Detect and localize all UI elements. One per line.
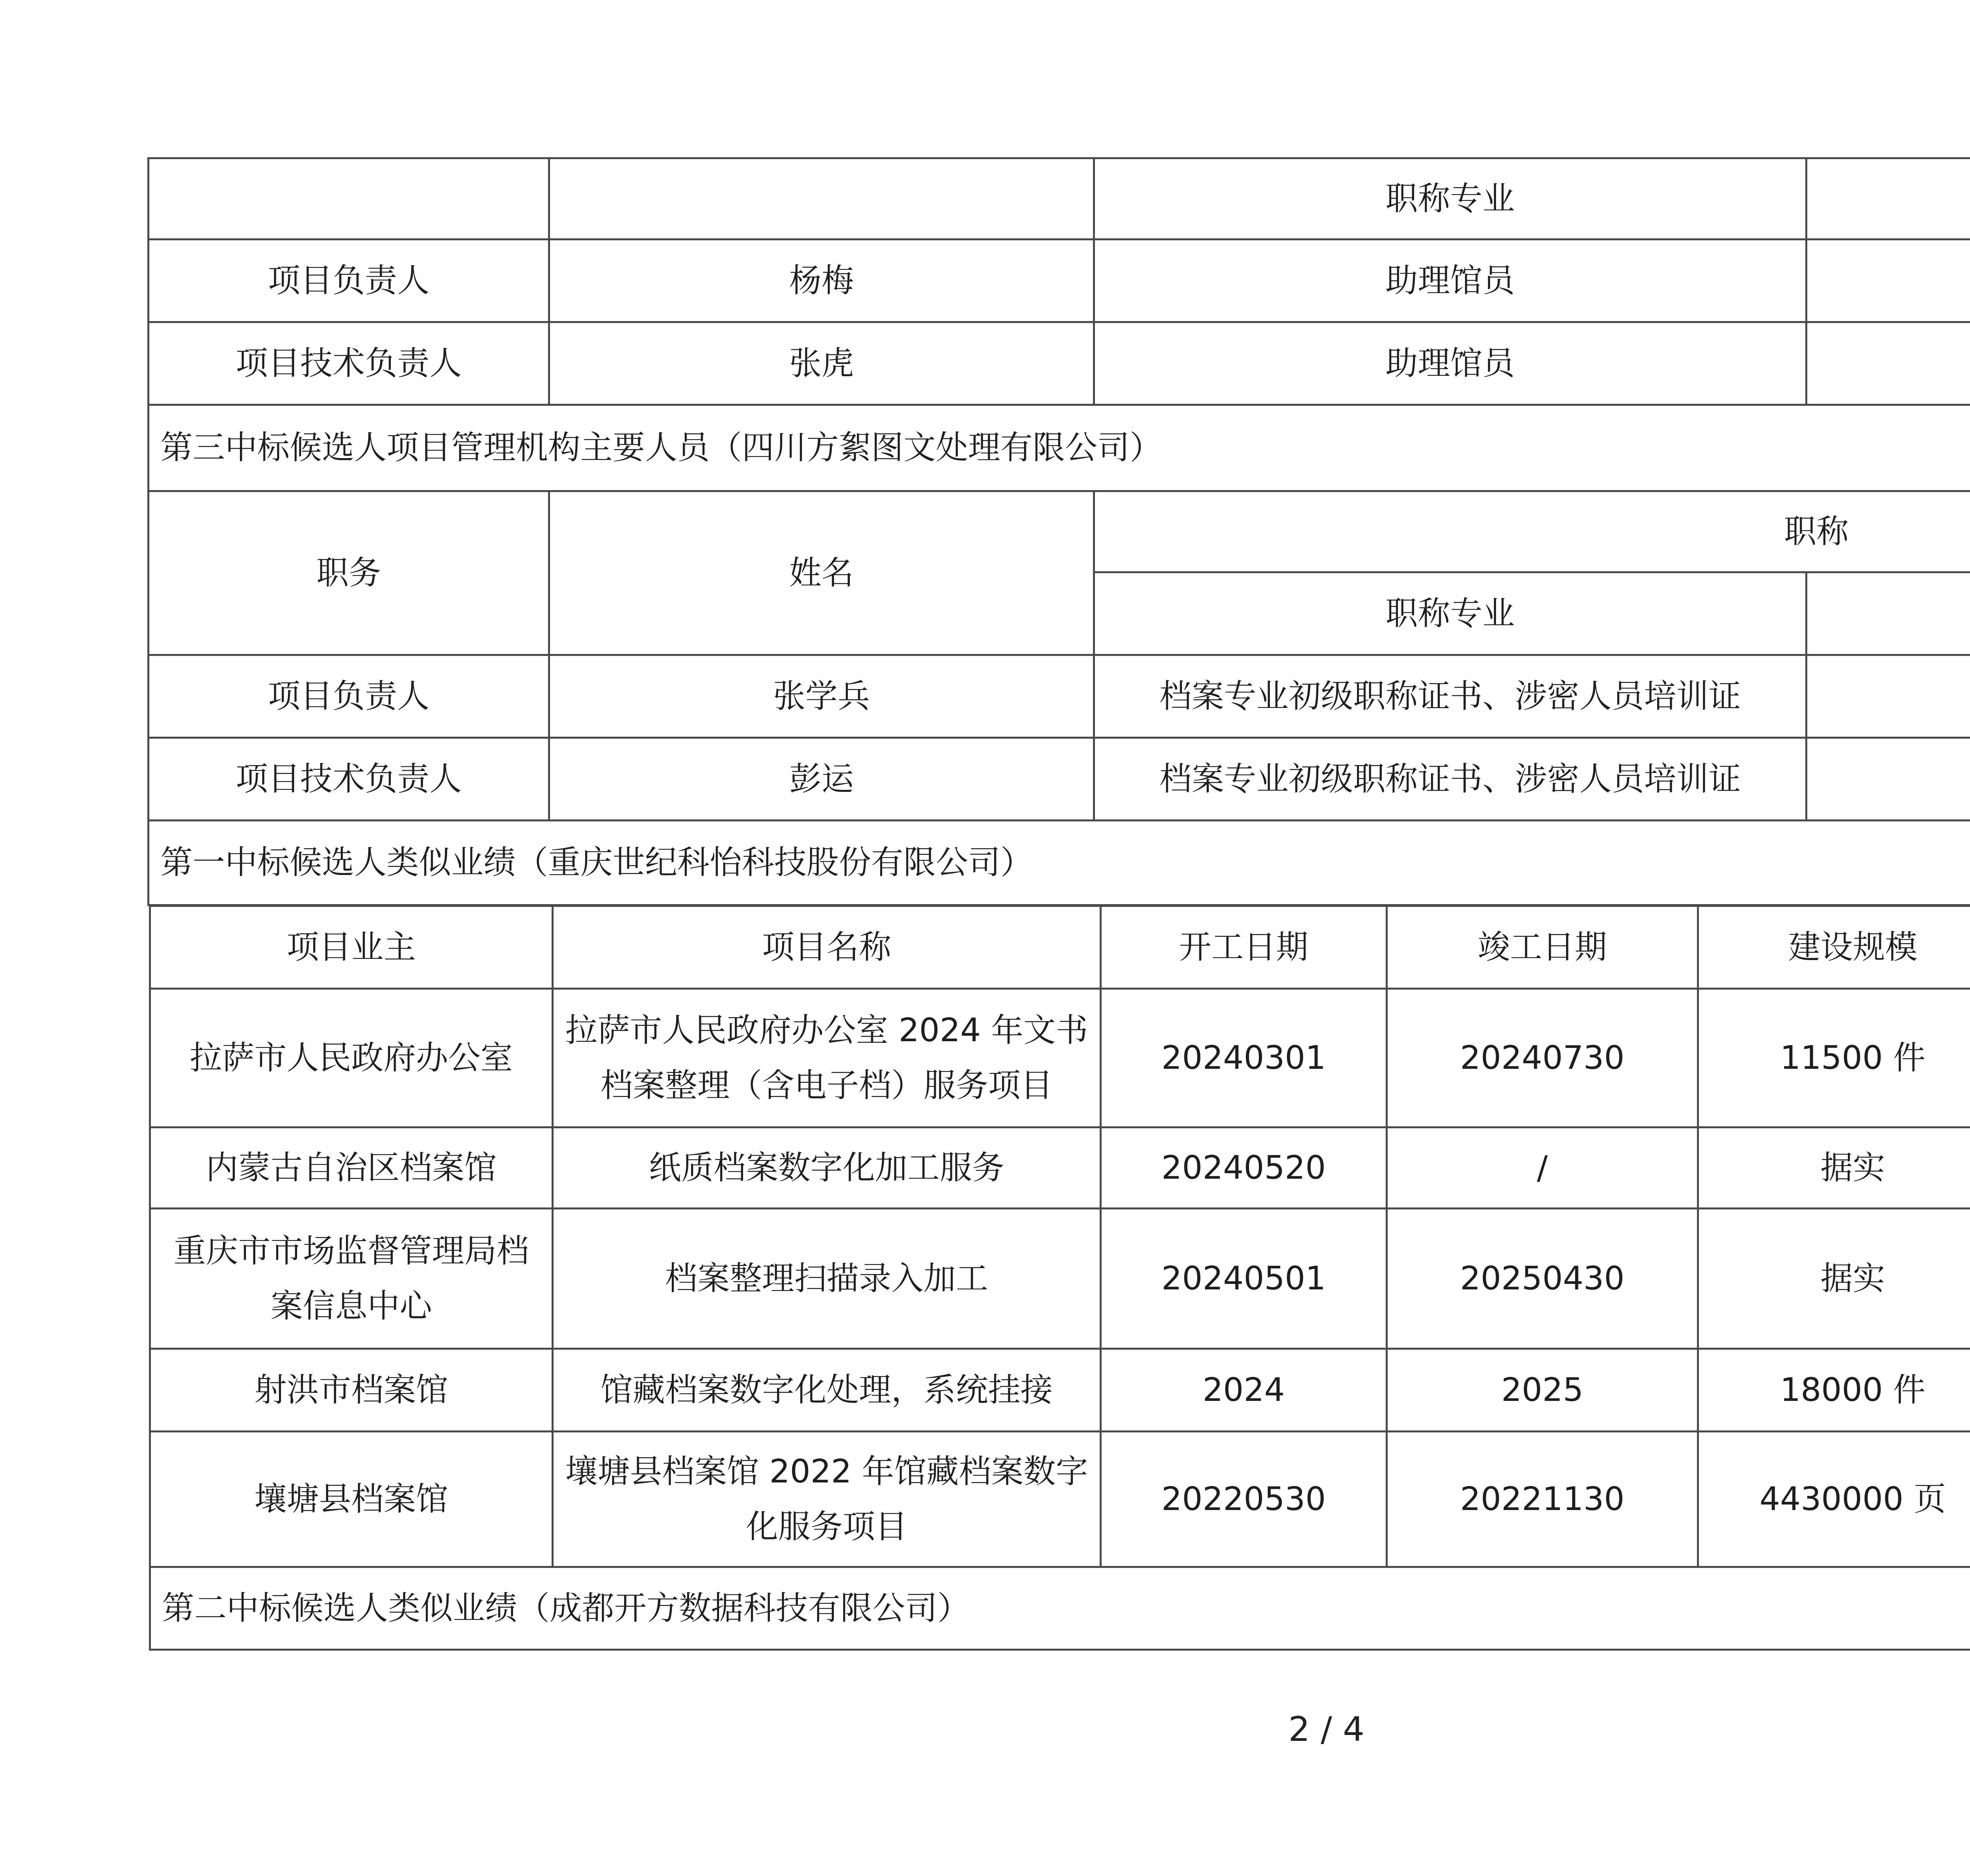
table-cell — [549, 158, 1094, 240]
start-date-cell: 2024 — [1101, 1349, 1387, 1432]
role-cell: 项目负责人 — [149, 655, 549, 738]
start-date-cell: 20240520 — [1101, 1127, 1387, 1209]
name-cell: 张学兵 — [549, 655, 1094, 738]
column-header-start-date: 开工日期 — [1101, 906, 1387, 989]
table-row: 职称专业 级别 — [149, 158, 1970, 240]
title-major-cell: 助理馆员 — [1094, 322, 1806, 405]
start-date-cell: 20240301 — [1101, 989, 1387, 1127]
page-number: 2 / 4 — [0, 1710, 1970, 1749]
project-name-cell: 馆藏档案数字化处理，系统挂接 — [553, 1349, 1101, 1432]
start-date-cell: 20240501 — [1101, 1209, 1387, 1349]
name-cell: 张虎 — [549, 322, 1094, 405]
section-title-candidate3-personnel: 第三中标候选人项目管理机构主要人员（四川方絮图文处理有限公司） — [149, 405, 1970, 491]
level-cell: 初级 — [1806, 240, 1970, 322]
project-name-cell: 纸质档案数字化加工服务 — [553, 1127, 1101, 1209]
level-cell: 初级 — [1806, 322, 1970, 405]
column-header-title-group: 职称 — [1094, 491, 1970, 572]
project-name-cell: 档案整理扫描录入加工 — [553, 1209, 1101, 1349]
table-header-row: 项目业主 项目名称 开工日期 竣工日期 建设规模 合同价格（元） 项目负责人 — [150, 906, 1970, 989]
section-title-candidate2-performance: 第二中标候选人类似业绩（成都开方数据科技有限公司） — [150, 1567, 1970, 1650]
personnel-table: 职称专业 级别 项目负责人 杨梅 助理馆员 初级 项目技术负责人 张虎 助理馆员… — [147, 157, 1970, 906]
column-header-end-date: 竣工日期 — [1387, 906, 1698, 989]
column-header-project-name: 项目名称 — [553, 906, 1101, 989]
end-date-cell: 2025 — [1387, 1349, 1698, 1432]
section-title-candidate1-performance: 第一中标候选人类似业绩（重庆世纪科怡科技股份有限公司） — [149, 821, 1970, 905]
section-title-row: 第二中标候选人类似业绩（成都开方数据科技有限公司） — [150, 1567, 1970, 1650]
level-cell: 初级 — [1806, 738, 1970, 821]
column-header-name: 姓名 — [549, 491, 1094, 655]
performance-table: 项目业主 项目名称 开工日期 竣工日期 建设规模 合同价格（元） 项目负责人 拉… — [149, 905, 1970, 1651]
role-cell: 项目技术负责人 — [149, 738, 549, 821]
scale-cell: 据实 — [1698, 1127, 1970, 1209]
end-date-cell: 20240730 — [1387, 989, 1698, 1127]
column-header-title-major: 职称专业 — [1094, 572, 1806, 655]
title-major-cell: 助理馆员 — [1094, 240, 1806, 322]
level-cell: 初级 — [1806, 655, 1970, 738]
role-cell: 项目负责人 — [149, 240, 549, 322]
name-cell: 彭运 — [549, 738, 1094, 821]
owner-cell: 射洪市档案馆 — [150, 1349, 553, 1432]
name-cell: 杨梅 — [549, 240, 1094, 322]
scale-cell: 11500 件 — [1698, 989, 1970, 1127]
project-name-cell: 壤塘县档案馆 2022 年馆藏档案数字化服务项目 — [553, 1432, 1101, 1567]
owner-cell: 内蒙古自治区档案馆 — [150, 1127, 553, 1209]
section-title-row: 第一中标候选人类似业绩（重庆世纪科怡科技股份有限公司） — [149, 821, 1970, 905]
project-name-cell: 拉萨市人民政府办公室 2024 年文书档案整理（含电子档）服务项目 — [553, 989, 1101, 1127]
table-row: 项目负责人 杨梅 助理馆员 初级 — [149, 240, 1970, 322]
column-header-title-major: 职称专业 — [1094, 158, 1806, 240]
end-date-cell: / — [1387, 1127, 1698, 1209]
title-major-cell: 档案专业初级职称证书、涉密人员培训证 — [1094, 655, 1806, 738]
owner-cell: 壤塘县档案馆 — [150, 1432, 553, 1567]
end-date-cell: 20221130 — [1387, 1432, 1698, 1567]
column-header-owner: 项目业主 — [150, 906, 553, 989]
end-date-cell: 20250430 — [1387, 1209, 1698, 1349]
title-major-cell: 档案专业初级职称证书、涉密人员培训证 — [1094, 738, 1806, 821]
table-row: 内蒙古自治区档案馆 纸质档案数字化加工服务 20240520 / 据实 2299… — [150, 1127, 1970, 1209]
scale-cell: 据实 — [1698, 1209, 1970, 1349]
table-header-row: 职务 姓名 职称 — [149, 491, 1970, 572]
owner-cell: 重庆市市场监督管理局档案信息中心 — [150, 1209, 553, 1349]
table-row: 重庆市市场监督管理局档案信息中心 档案整理扫描录入加工 20240501 202… — [150, 1209, 1970, 1349]
table-row: 项目负责人 张学兵 档案专业初级职称证书、涉密人员培训证 初级 — [149, 655, 1970, 738]
table-row: 拉萨市人民政府办公室 拉萨市人民政府办公室 2024 年文书档案整理（含电子档）… — [150, 989, 1970, 1127]
start-date-cell: 20220530 — [1101, 1432, 1387, 1567]
column-header-level: 级别 — [1806, 572, 1970, 655]
table-row: 项目技术负责人 张虎 助理馆员 初级 — [149, 322, 1970, 405]
table-row: 壤塘县档案馆 壤塘县档案馆 2022 年馆藏档案数字化服务项目 20220530… — [150, 1432, 1970, 1567]
column-header-scale: 建设规模 — [1698, 906, 1970, 989]
table-row: 项目技术负责人 彭运 档案专业初级职称证书、涉密人员培训证 初级 — [149, 738, 1970, 821]
table-row: 射洪市档案馆 馆藏档案数字化处理，系统挂接 2024 2025 18000 件 … — [150, 1349, 1970, 1432]
role-cell: 项目技术负责人 — [149, 322, 549, 405]
scale-cell: 18000 件 — [1698, 1349, 1970, 1432]
table-cell — [149, 158, 549, 240]
column-header-role: 职务 — [149, 491, 549, 655]
scale-cell: 4430000 页 — [1698, 1432, 1970, 1567]
section-title-row: 第三中标候选人项目管理机构主要人员（四川方絮图文处理有限公司） — [149, 405, 1970, 491]
column-header-level: 级别 — [1806, 158, 1970, 240]
owner-cell: 拉萨市人民政府办公室 — [150, 989, 553, 1127]
